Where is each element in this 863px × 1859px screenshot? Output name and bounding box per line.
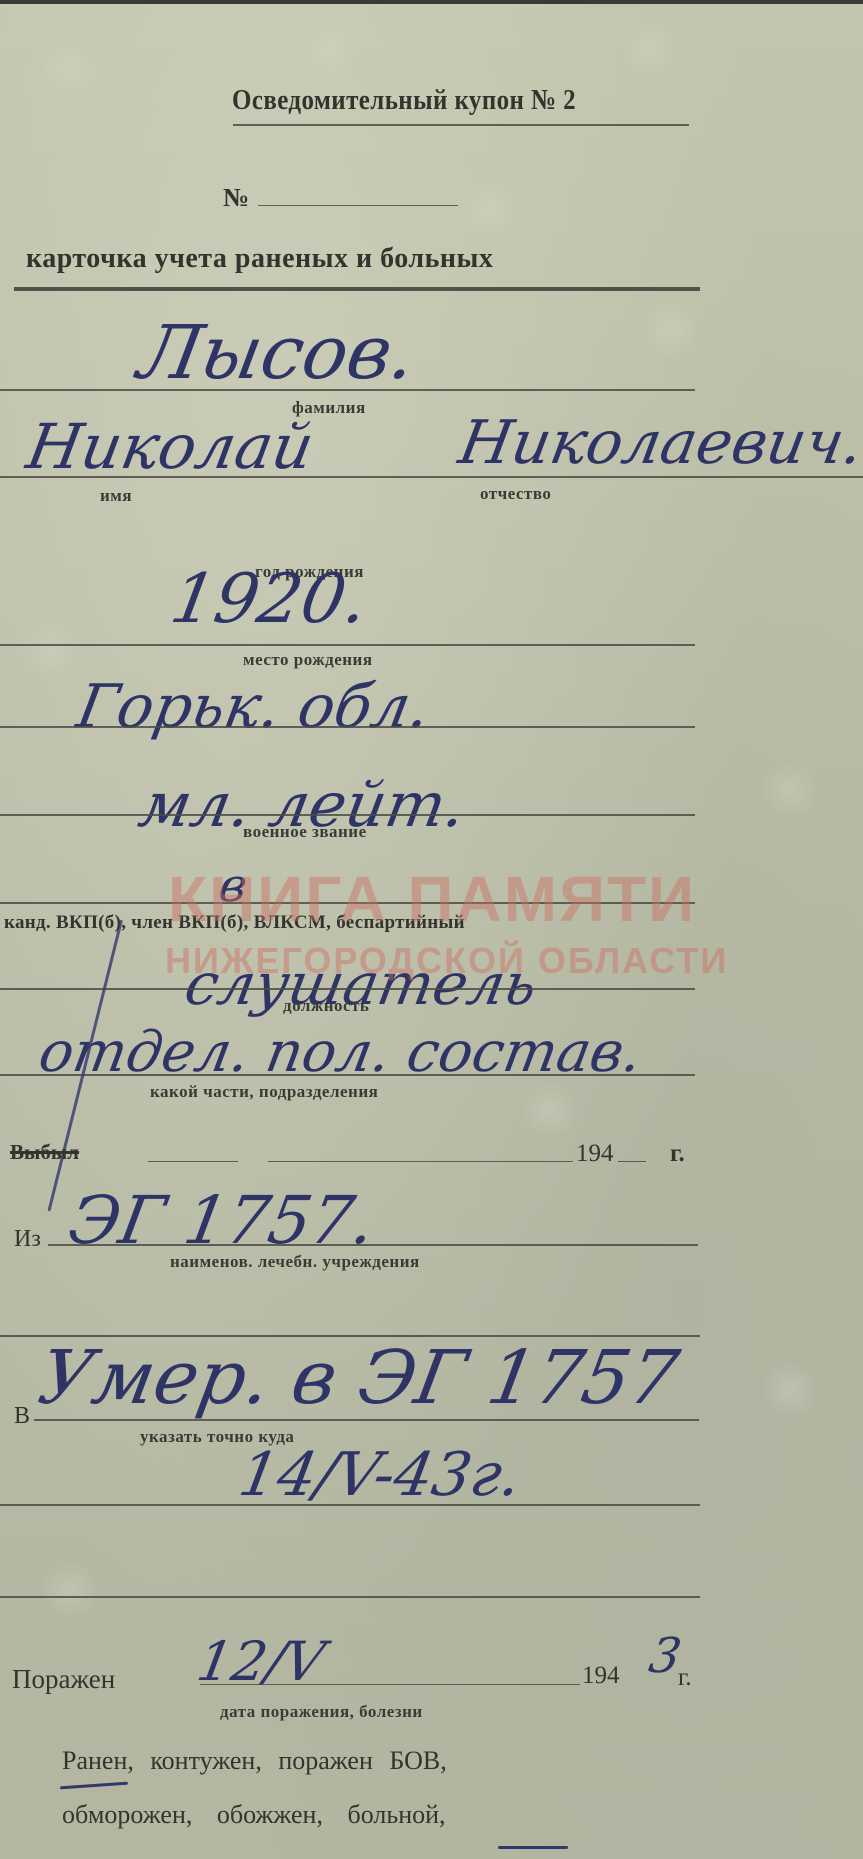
injury-types-line-2: обморожен, обожжен, больной, bbox=[62, 1800, 446, 1830]
patronymic-value: Николаевич. bbox=[454, 408, 863, 478]
name-value: Николай bbox=[22, 410, 320, 483]
paper-speck bbox=[20, 620, 80, 680]
position-label: должность bbox=[283, 996, 369, 1016]
injured-sublabel: дата поражения, болезни bbox=[220, 1702, 423, 1722]
unit-line bbox=[0, 1074, 695, 1076]
departed-month-line bbox=[268, 1161, 573, 1162]
departed-year-prefix: 194 bbox=[576, 1140, 614, 1168]
document-scan: Осведомительный купон № 2 № карточка уче… bbox=[0, 0, 863, 1859]
watermark-line-1: КНИГА ПАМЯТИ bbox=[168, 862, 696, 936]
name-line bbox=[0, 476, 863, 478]
paper-speck bbox=[760, 760, 820, 820]
to-line bbox=[34, 1419, 699, 1421]
subtitle-underline bbox=[14, 287, 700, 291]
injured-label: Поражен bbox=[12, 1664, 115, 1695]
birth-place-label: место рождения bbox=[243, 650, 373, 670]
from-label: наименов. лечебн. учреждения bbox=[170, 1252, 420, 1272]
to-extra-line-1 bbox=[0, 1504, 700, 1506]
departed-year-suffix: г. bbox=[670, 1140, 685, 1168]
patronymic-label: отчество bbox=[480, 484, 551, 504]
departed-label: Выбыл bbox=[10, 1140, 79, 1165]
birth-place-line bbox=[0, 726, 695, 728]
rank-label: военное звание bbox=[243, 822, 367, 842]
document-title: Осведомительный купон № 2 bbox=[232, 84, 576, 117]
paper-speck bbox=[640, 300, 700, 360]
death-date-value: 14/V-43г. bbox=[234, 1440, 527, 1510]
unit-label: какой части, подразделения bbox=[150, 1082, 378, 1102]
rank-line bbox=[0, 814, 695, 816]
paper-speck bbox=[40, 40, 100, 100]
birth-year-line bbox=[0, 644, 695, 646]
scan-top-edge bbox=[0, 0, 863, 4]
paper-speck bbox=[460, 180, 520, 240]
surname-line bbox=[0, 389, 695, 391]
title-underline bbox=[233, 124, 689, 126]
birth-place-value: Горьк. обл. bbox=[72, 672, 435, 742]
departed-day-line bbox=[148, 1161, 238, 1162]
injured-year-prefix: 194 bbox=[582, 1662, 620, 1690]
paper-speck bbox=[300, 20, 360, 80]
surname-value: Лысов. bbox=[132, 310, 422, 396]
card-number-line bbox=[258, 205, 458, 206]
injury-types-line-1: Ранен, контужен, поражен БОВ, bbox=[62, 1746, 447, 1776]
selected-injury-underline bbox=[60, 1782, 128, 1790]
name-label: имя bbox=[100, 486, 132, 506]
from-prefix: Из bbox=[14, 1226, 41, 1253]
injured-date-line bbox=[200, 1684, 580, 1685]
paper-speck bbox=[40, 1560, 100, 1620]
paper-speck bbox=[520, 1080, 580, 1140]
paper-speck bbox=[620, 20, 680, 80]
from-value: ЭГ 1757. bbox=[63, 1182, 381, 1259]
to-extra-line-2 bbox=[0, 1596, 700, 1598]
from-line bbox=[48, 1244, 698, 1246]
watermark-line-2: НИЖЕГОРОДСКОЙ ОБЛАСТИ bbox=[165, 940, 728, 982]
departed-year-line bbox=[618, 1161, 646, 1162]
birth-year-value: 1920. bbox=[165, 560, 374, 639]
to-value: Умер. в ЭГ 1757 bbox=[32, 1335, 684, 1421]
card-number-label: № bbox=[223, 183, 249, 213]
injured-year-suffix: г. bbox=[678, 1664, 692, 1692]
paper-speck bbox=[760, 1360, 820, 1420]
card-subtitle: карточка учета раненых и больных bbox=[26, 243, 493, 275]
pen-strike bbox=[498, 1846, 568, 1849]
to-prefix: В bbox=[14, 1403, 30, 1430]
